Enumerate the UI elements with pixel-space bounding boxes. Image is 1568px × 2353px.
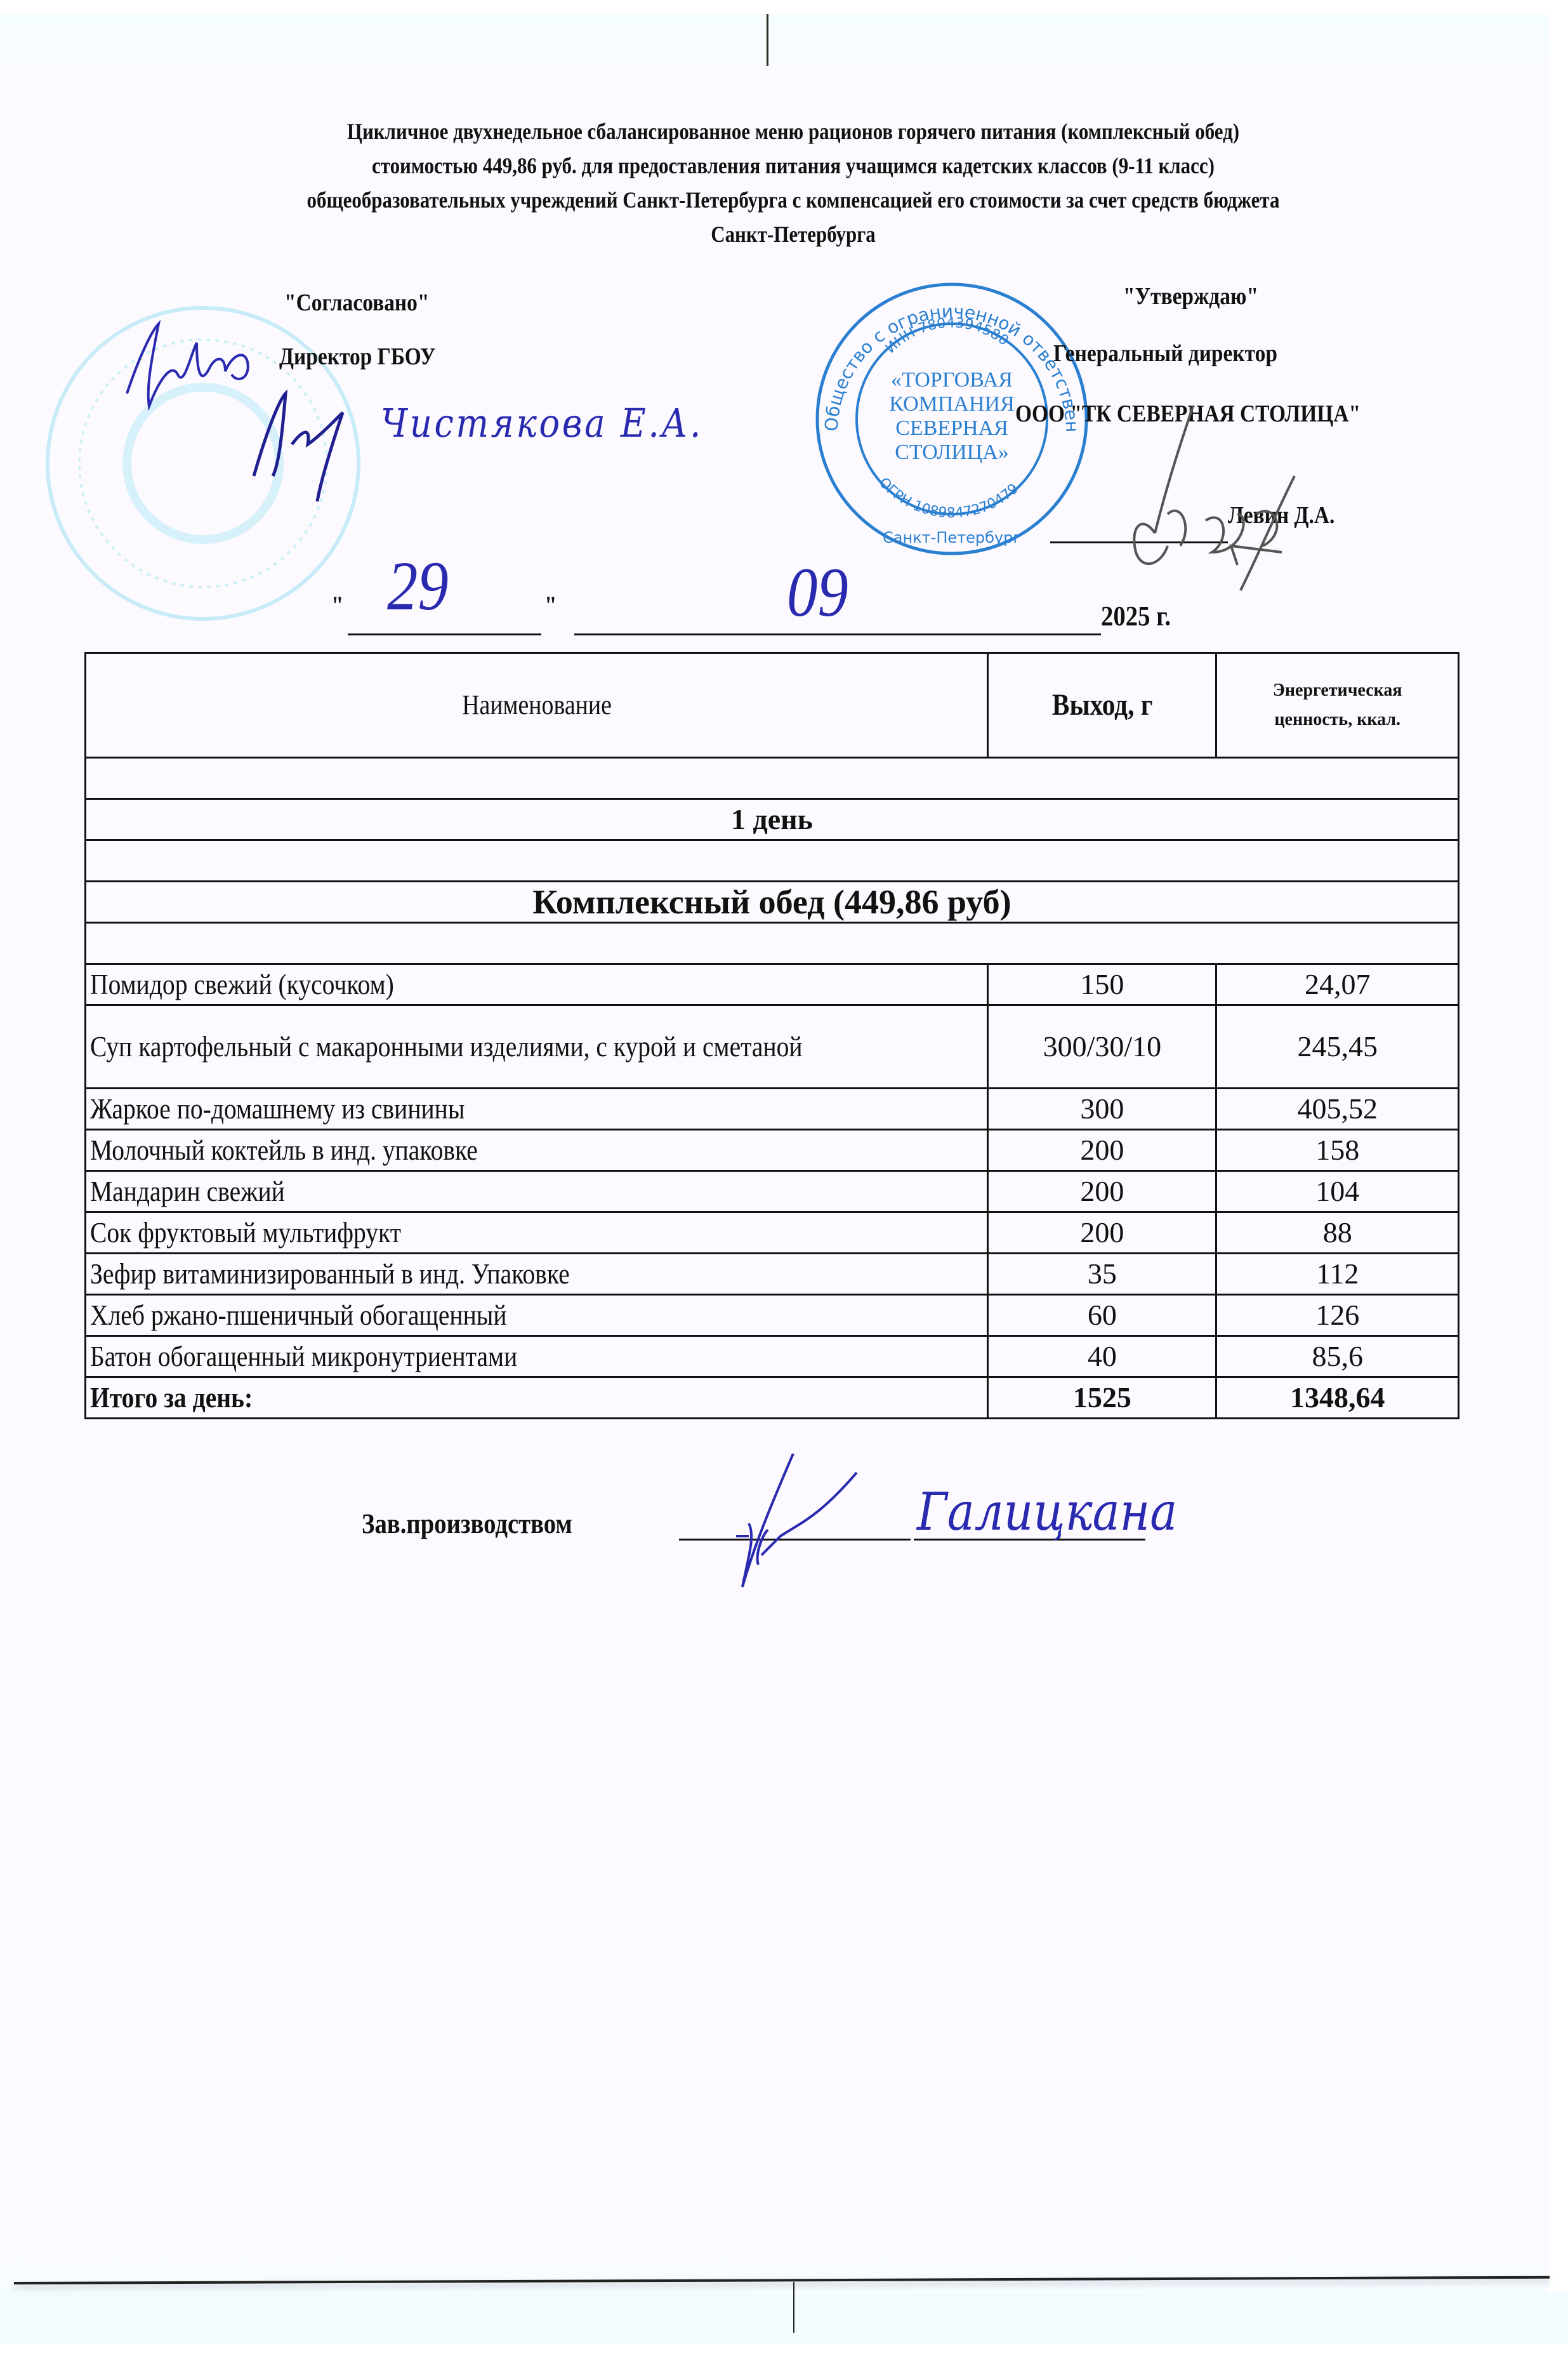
month-underline: [574, 633, 1101, 635]
item-yield: 35: [988, 1254, 1216, 1295]
table-row: Помидор свежий (кусочком) 150 24,07: [86, 964, 1459, 1005]
item-energy: 88: [1216, 1212, 1459, 1254]
table-row: Молочный коктейль в инд. упаковке 200 15…: [86, 1130, 1459, 1171]
total-label: Итого за день:: [86, 1377, 988, 1419]
approve-heading: "Утверждаю": [1123, 282, 1258, 310]
table-row: Хлеб ржано-пшеничный обогащенный 60 126: [86, 1295, 1459, 1336]
company-name: ООО "ТК СЕВЕРНАЯ СТОЛИЦА": [1015, 400, 1360, 428]
production-manager-label: Зав.производством: [362, 1508, 572, 1540]
meal-row: Комплексный обед (449,86 руб): [86, 882, 1459, 923]
header-energy: Энергетическая ценность, ккал.: [1216, 653, 1459, 758]
item-name: Сок фруктовый мультифрукт: [86, 1212, 988, 1254]
item-yield: 40: [988, 1336, 1216, 1377]
title-line: Санкт-Петербурга: [193, 217, 1393, 251]
item-yield: 60: [988, 1295, 1216, 1336]
general-director-position: Генеральный директор: [1053, 340, 1277, 368]
date-year: 2025 г.: [1101, 600, 1171, 632]
table-row: Батон обогащенный микронутриентами 40 85…: [86, 1336, 1459, 1377]
signature-line: [1050, 541, 1228, 543]
header-yield: Выход, г: [988, 653, 1216, 758]
item-name: Хлеб ржано-пшеничный обогащенный: [86, 1295, 988, 1336]
item-name: Жаркое по-домашнему из свинины: [86, 1089, 988, 1130]
document-title: Цикличное двухнедельное сбалансированное…: [193, 114, 1393, 251]
item-energy: 245,45: [1216, 1005, 1459, 1089]
item-name: Помидор свежий (кусочком): [86, 964, 988, 1005]
item-yield: 200: [988, 1212, 1216, 1254]
item-yield: 150: [988, 964, 1216, 1005]
signatory-name: Левин Д.А.: [1228, 501, 1334, 529]
item-yield: 300/30/10: [988, 1005, 1216, 1089]
item-yield: 300: [988, 1089, 1216, 1130]
item-name: Молочный коктейль в инд. упаковке: [86, 1130, 988, 1171]
day-row: 1 день: [86, 799, 1459, 840]
table-row: Мандарин свежий 200 104: [86, 1171, 1459, 1212]
date-day-handwritten: 29: [387, 546, 449, 626]
fold-mark-top: [767, 14, 768, 66]
total-row: Итого за день: 1525 1348,64: [86, 1377, 1459, 1419]
item-name: Суп картофельный с макаронными изделиями…: [86, 1005, 988, 1089]
item-yield: 200: [988, 1171, 1216, 1212]
item-name: Мандарин свежий: [86, 1171, 988, 1212]
spacer-row: [86, 840, 1459, 882]
total-energy: 1348,64: [1216, 1377, 1459, 1419]
director-handwritten-name: Чистякова Е.А.: [381, 400, 703, 446]
item-yield: 200: [988, 1130, 1216, 1171]
spacer-row: [86, 758, 1459, 799]
fold-mark-bottom: [793, 2282, 794, 2333]
table-row: Зефир витаминизированный в инд. Упаковке…: [86, 1254, 1459, 1295]
title-line: Цикличное двухнедельное сбалансированное…: [193, 114, 1393, 149]
agreed-heading: "Согласовано": [284, 289, 429, 317]
title-line: общеобразовательных учреждений Санкт-Пет…: [193, 183, 1393, 217]
date-quote-open: ": [331, 590, 344, 620]
item-energy: 24,07: [1216, 964, 1459, 1005]
scanner-margin: [0, 2293, 1568, 2343]
menu-table: Наименование Выход, г Энергетическая цен…: [84, 652, 1459, 1419]
title-line: стоимостью 449,86 руб. для предоставлени…: [193, 149, 1393, 183]
table-row: Жаркое по-домашнему из свинины 300 405,5…: [86, 1089, 1459, 1130]
item-name: Зефир витаминизированный в инд. Упаковке: [86, 1254, 988, 1295]
total-yield: 1525: [988, 1377, 1216, 1419]
item-name: Батон обогащенный микронутриентами: [86, 1336, 988, 1377]
item-energy: 112: [1216, 1254, 1459, 1295]
table-row: Сок фруктовый мультифрукт 200 88: [86, 1212, 1459, 1254]
production-handwritten-name: Галицкана: [917, 1482, 1177, 1542]
date-quote-close: ": [544, 590, 557, 620]
date-month-handwritten: 09: [787, 552, 848, 633]
table-header-row: Наименование Выход, г Энергетическая цен…: [86, 653, 1459, 758]
item-energy: 405,52: [1216, 1089, 1459, 1130]
production-signature-line: [679, 1539, 911, 1541]
day-underline: [348, 633, 541, 635]
item-energy: 85,6: [1216, 1336, 1459, 1377]
spacer-row: [86, 923, 1459, 964]
item-energy: 104: [1216, 1171, 1459, 1212]
director-position: Директор ГБОУ: [279, 343, 435, 371]
table-row: Суп картофельный с макаронными изделиями…: [86, 1005, 1459, 1089]
item-energy: 158: [1216, 1130, 1459, 1171]
item-energy: 126: [1216, 1295, 1459, 1336]
header-name: Наименование: [86, 653, 988, 758]
